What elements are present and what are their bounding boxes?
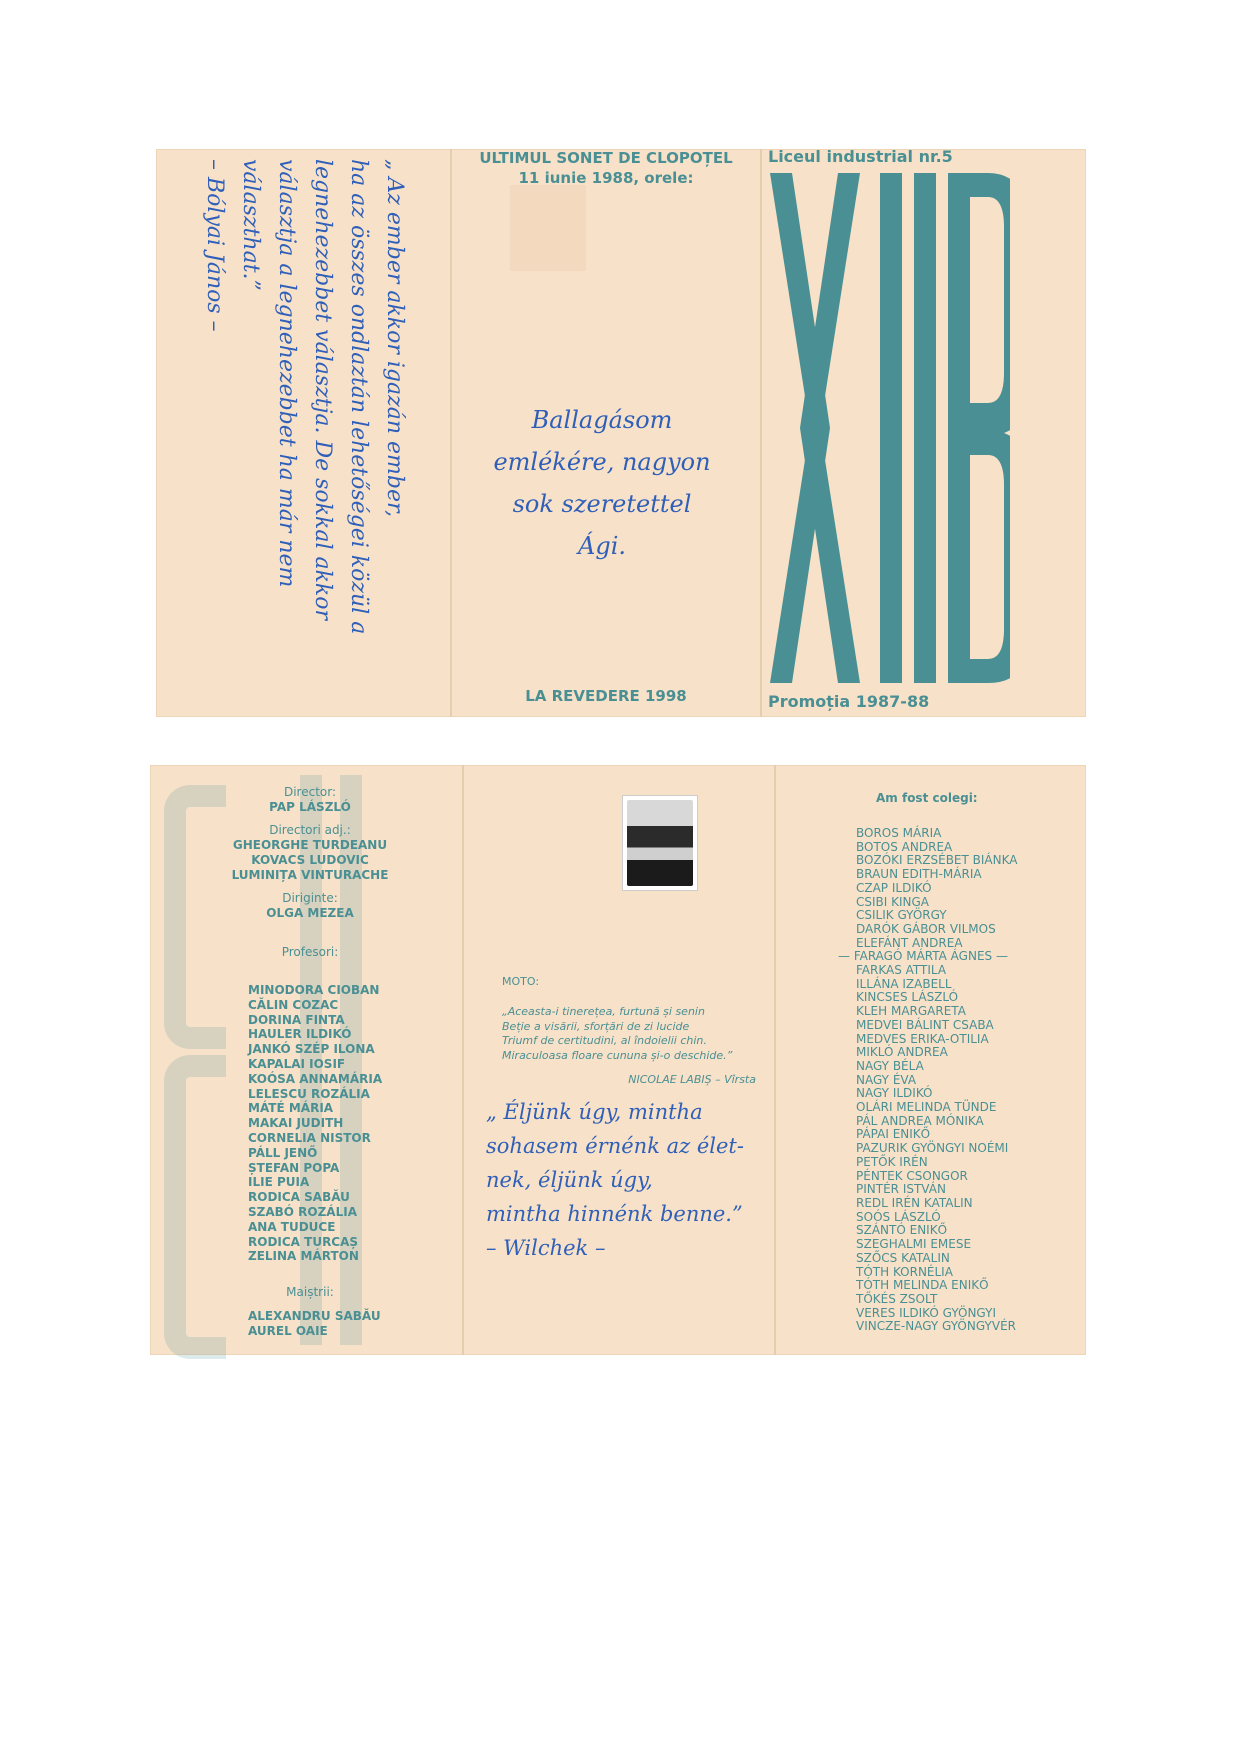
handwriting-line: mintha hinnénk benne.” xyxy=(486,1197,766,1231)
classmate-list: BOROS MÁRIABOTOS ANDREABOZÓKI ERZSÉBET B… xyxy=(856,827,1017,1334)
handwriting-line: „ Az ember akkor igazán ember, xyxy=(376,159,412,699)
handwriting-line: sok szeretettel xyxy=(472,483,732,525)
teachers-label: Profesori: xyxy=(190,945,430,960)
master-name: AUREL OAIE xyxy=(248,1324,381,1339)
director-label: Director: xyxy=(190,785,430,800)
classmate-name: SZŐCS KATALIN xyxy=(856,1252,1017,1266)
teacher-name: SZABÓ ROZÁLIA xyxy=(248,1205,382,1220)
handwriting-line: – Wilchek – xyxy=(486,1231,766,1265)
classmate-name: FARKAS ATTILA xyxy=(856,964,1017,978)
teacher-name: PÁLL JENŐ xyxy=(248,1146,382,1161)
middle-panel: ULTIMUL SONET DE CLOPOȚEL 11 iunie 1988,… xyxy=(452,149,760,717)
handwriting-line: sohasem érnénk az élet- xyxy=(486,1129,766,1163)
deputy-name: KOVACS LUDOVIC xyxy=(190,853,430,868)
classmates-panel: Am fost colegi: BOROS MÁRIABOTOS ANDREAB… xyxy=(776,765,1086,1355)
classmate-name: SZÁNTÓ ENIKŐ xyxy=(856,1224,1017,1238)
invitation-outer-side: „ Az ember akkor igazán ember,ha az össz… xyxy=(156,149,1086,717)
classmate-name: KINCSES LÁSZLÓ xyxy=(856,991,1017,1005)
deputy-list: GHEORGHE TURDEANUKOVACS LUDOVICLUMINIȚA … xyxy=(190,838,430,883)
classmate-name: KLEH MARGARETA xyxy=(856,1005,1017,1019)
handwriting-line: – Bólyai János – xyxy=(196,159,232,699)
teacher-name: ANA TUDUCE xyxy=(248,1220,382,1235)
classmate-name: MIKLÓ ANDREA xyxy=(856,1046,1017,1060)
moto-panel: MOTO: „Aceasta-i tinerețea, furtună și s… xyxy=(464,765,774,1355)
handwritten-dedication: Ballagásomemlékére, nagyonsok szeretette… xyxy=(472,399,732,567)
handwriting-line: választja a legnehezebbet ha már nem xyxy=(268,159,304,699)
teacher-name: ILIE PUIA xyxy=(248,1175,382,1190)
classmate-name: BRAUN EDITH-MÁRIA xyxy=(856,868,1017,882)
classmate-name: PETŐK IRÉN xyxy=(856,1156,1017,1170)
deputy-name: GHEORGHE TURDEANU xyxy=(190,838,430,853)
reunion-label: LA REVEDERE 1998 xyxy=(452,687,760,705)
teacher-name: HAULER ILDIKÓ xyxy=(248,1027,382,1042)
classmate-name: NAGY BÉLA xyxy=(856,1060,1017,1074)
classmate-name: OLÁRI MELINDA TÜNDE xyxy=(856,1101,1017,1115)
moto-author: NICOLAE LABIȘ – Vîrsta xyxy=(628,1073,756,1088)
teacher-name: JANKÓ SZÉP ILONA xyxy=(248,1042,382,1057)
event-title: ULTIMUL SONET DE CLOPOȚEL xyxy=(452,149,760,167)
invitation-inner-side: Director: PAP LÁSZLÓ Directori adj.: GHE… xyxy=(150,765,1086,1355)
masters-label: Maiștrii: xyxy=(190,1285,430,1300)
homeroom-teacher: OLGA MEZEA xyxy=(190,906,430,921)
moto-line: Triumf de certitudini, al îndoielii chin… xyxy=(502,1034,732,1049)
classmate-name: NAGY ILDIKÓ xyxy=(856,1087,1017,1101)
teacher-name: ȘTEFAN POPA xyxy=(248,1161,382,1176)
classmate-name: SZEGHALMI EMESE xyxy=(856,1238,1017,1252)
handwriting-line: választhat.” xyxy=(232,159,268,699)
handwriting-line: „ Éljünk úgy, mintha xyxy=(486,1095,766,1129)
handwriting-line: ha az összes ondlaztán lehetőségei közül… xyxy=(340,159,376,699)
classmates-label: Am fost colegi: xyxy=(876,791,978,805)
master-name: ALEXANDRU SABĂU xyxy=(248,1309,381,1324)
teacher-name: MÁTÉ MÁRIA xyxy=(248,1101,382,1116)
handwriting-line: Ballagásom xyxy=(472,399,732,441)
moto-line: Beție a visării, sforțări de zi lucide xyxy=(502,1020,732,1035)
teacher-name: RODICA SABĂU xyxy=(248,1190,382,1205)
homeroom-label: Diriginte: xyxy=(190,891,430,906)
classmate-name: VINCZE-NAGY GYÖNGYVÉR xyxy=(856,1320,1017,1334)
teacher-name: MINODORA CIOBAN xyxy=(248,983,382,998)
classmate-name: TÓTH MELINDA ENIKŐ xyxy=(856,1279,1017,1293)
handwriting-line: emlékére, nagyon xyxy=(472,441,732,483)
graduation-year: Promoția 1987-88 xyxy=(768,692,929,711)
teacher-name: ZELINA MÁRTON xyxy=(248,1249,382,1264)
left-panel: „ Az ember akkor igazán ember,ha az össz… xyxy=(156,149,450,717)
handwritten-quote: „ Az ember akkor igazán ember,ha az össz… xyxy=(196,159,412,699)
moto-line: Miraculoasa floare cununa și-o deschide.… xyxy=(502,1049,732,1064)
handwriting-line: nek, éljünk úgy, xyxy=(486,1163,766,1197)
classmate-name: MEDVEI BÁLINT CSABA xyxy=(856,1019,1017,1033)
deputy-label: Directori adj.: xyxy=(190,823,430,838)
staff-panel: Director: PAP LÁSZLÓ Directori adj.: GHE… xyxy=(150,765,462,1355)
cover-panel: Liceul industrial nr.5 Promoția 1987-88 xyxy=(762,149,1086,717)
classmate-name: PAZURIK GYÖNGYI NOÉMI xyxy=(856,1142,1017,1156)
classmate-name: BOROS MÁRIA xyxy=(856,827,1017,841)
classmate-name: TŐKÉS ZSOLT xyxy=(856,1293,1017,1307)
photo-placeholder xyxy=(510,185,586,271)
classmate-name: CSILIK GYÖRGY xyxy=(856,909,1017,923)
teacher-name: CĂLIN COZAC xyxy=(248,998,382,1013)
teacher-name: MAKAI JUDITH xyxy=(248,1116,382,1131)
teacher-name: CORNELIA NISTOR xyxy=(248,1131,382,1146)
teacher-list: MINODORA CIOBANCĂLIN COZACDORINA FINTAHA… xyxy=(248,983,382,1264)
classmate-name: CZAP ILDIKÓ xyxy=(856,882,1017,896)
portrait-photo xyxy=(622,795,698,891)
teacher-name: DORINA FINTA xyxy=(248,1013,382,1028)
handwriting-line: legnehezebbet választja. De sokkal akkor xyxy=(304,159,340,699)
handwritten-quote: „ Éljünk úgy, minthasohasem érnénk az él… xyxy=(486,1095,766,1265)
handwriting-line: Ági. xyxy=(472,525,732,567)
moto-poem: „Aceasta-i tinerețea, furtună și seninBe… xyxy=(502,1005,732,1063)
teacher-name: LELESCU ROZÁLIA xyxy=(248,1087,382,1102)
teacher-name: KAPALAI IOSIF xyxy=(248,1057,382,1072)
school-name: Liceul industrial nr.5 xyxy=(768,147,953,166)
deputy-name: LUMINIȚA VINTURACHE xyxy=(190,868,430,883)
classmate-name: DARÓK GÁBOR VILMOS xyxy=(856,923,1017,937)
classmate-name: PINTÉR ISTVÁN xyxy=(856,1183,1017,1197)
teacher-name: RODICA TURCAȘ xyxy=(248,1235,382,1250)
masters-list: ALEXANDRU SABĂUAUREL OAIE xyxy=(248,1309,381,1339)
class-letters-graphic xyxy=(770,173,1010,683)
classmate-name: — FARAGÓ MÁRTA ÁGNES — xyxy=(838,950,1017,964)
moto-label: MOTO: xyxy=(502,975,539,990)
teacher-name: KOÓSA ANNAMÁRIA xyxy=(248,1072,382,1087)
classmate-name: REDL IRÉN KATALIN xyxy=(856,1197,1017,1211)
event-date: 11 iunie 1988, orele: xyxy=(452,169,760,187)
director-name: PAP LÁSZLÓ xyxy=(190,800,430,815)
moto-line: „Aceasta-i tinerețea, furtună și senin xyxy=(502,1005,732,1020)
